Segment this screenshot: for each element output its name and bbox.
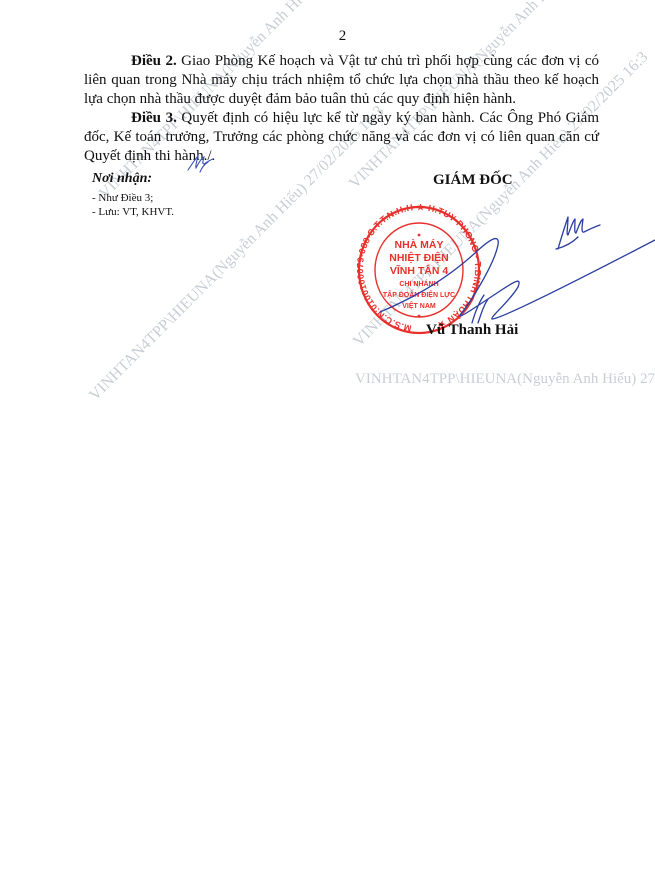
signer-name: Vũ Thanh Hải [426, 322, 518, 339]
article-label: Điều 2. [131, 53, 177, 69]
document-page: VINHTAN4TPP\HIEUNA(Nguyễn Anh Hiếu) 27/0… [0, 0, 655, 890]
page-number: 2 [0, 28, 655, 45]
recipients-block: Nơi nhận: - Như Điều 3; - Lưu: VT, KHVT. [92, 171, 174, 219]
article-label: Điều 3. [131, 110, 177, 126]
article-2: Điều 2. Giao Phòng Kế hoạch và Vật tư ch… [84, 52, 599, 109]
recipient-item: - Lưu: VT, KHVT. [92, 205, 174, 219]
recipients-list: - Như Điều 3; - Lưu: VT, KHVT. [92, 191, 174, 219]
director-signature-icon [380, 205, 655, 335]
initials-signature-icon [186, 152, 216, 174]
article-3: Điều 3. Quyết định có hiệu lực kể từ ngà… [84, 109, 599, 166]
signer-title: GIÁM ĐỐC [433, 172, 513, 189]
recipients-title: Nơi nhận: [92, 171, 174, 187]
recipient-item: - Như Điều 3; [92, 191, 174, 205]
watermark-footer: VINHTAN4TPP\HIEUNA(Nguyễn Anh Hiếu) 27/0… [355, 371, 655, 388]
